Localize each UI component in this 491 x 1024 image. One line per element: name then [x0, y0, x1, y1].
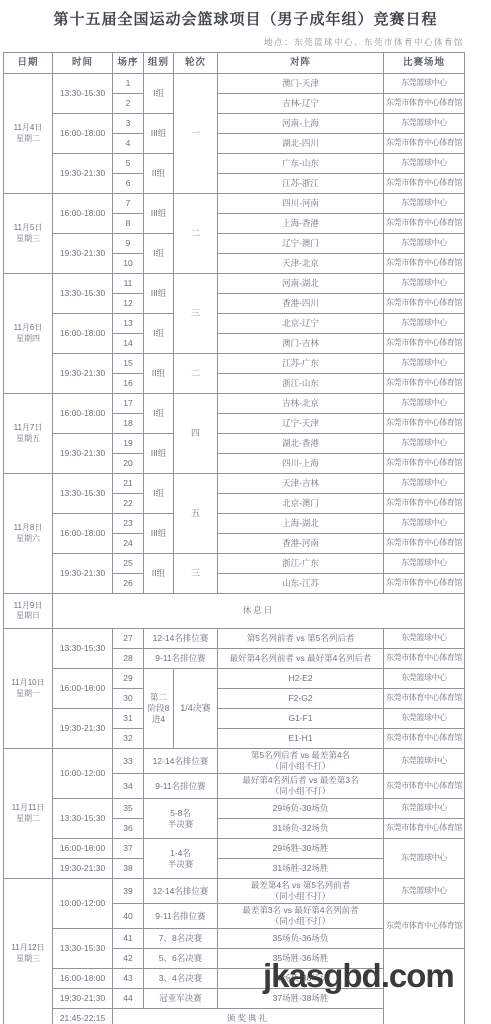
matchup-cell: 浙江-广东: [218, 554, 384, 574]
watermark-text: jkasgbd.com: [263, 957, 454, 995]
table-row: 19:30-21:3031G1-F1东莞篮球中心: [4, 709, 465, 729]
stage-cell: 5-8名 半决赛: [144, 799, 218, 839]
group-cell: 第二阶段8进4: [144, 669, 174, 749]
match-number-cell: 37: [113, 839, 144, 859]
venue-cell: 东莞篮球中心: [384, 234, 465, 254]
time-cell: 19:30-21:30: [53, 859, 113, 879]
matchup-cell: 最好第4名列后者 vs 最差第3名 （同小组不打）: [218, 774, 384, 799]
venue-cell: 东莞市体育中心体育馆: [384, 294, 465, 314]
table-row: 16:00-18:0013I组北京-辽宁东莞篮球中心: [4, 314, 465, 334]
match-number-cell: 7: [113, 194, 144, 214]
time-cell: 16:00-18:00: [53, 394, 113, 434]
match-number-cell: 36: [113, 819, 144, 839]
match-number-cell: 19: [113, 434, 144, 454]
match-number-cell: 10: [113, 254, 144, 274]
time-cell: 13:30-15:30: [53, 274, 113, 314]
matchup-cell: 辽宁-天津: [218, 414, 384, 434]
table-row: 11月11日 星期二10:00-12:003312-14名排位赛第5名列后者 v…: [4, 749, 465, 774]
event-cell: 休息日: [53, 594, 465, 629]
table-row: 11月12日 星期三10:00-12:003912-14名排位赛最差第4名 vs…: [4, 879, 465, 904]
matchup-cell: 湖北-四川: [218, 134, 384, 154]
group-cell: III组: [144, 194, 174, 234]
matchup-cell: 北京-辽宁: [218, 314, 384, 334]
column-header-6: 比赛场地: [384, 53, 465, 74]
venue-cell: 东莞篮球中心: [384, 394, 465, 414]
venue-cell: 东莞市体育中心体育馆: [384, 414, 465, 434]
matchup-cell: 河南-上海: [218, 114, 384, 134]
matchup-cell: 31场负-32场负: [218, 819, 384, 839]
matchup-cell: 浙江-山东: [218, 374, 384, 394]
match-number-cell: 41: [113, 929, 144, 949]
venue-cell: 东莞篮球中心: [384, 354, 465, 374]
venue-cell: 东莞市体育中心体育馆: [384, 94, 465, 114]
date-cell: 11月11日 星期二: [4, 749, 53, 879]
column-header-4: 轮次: [174, 53, 218, 74]
match-number-cell: 38: [113, 859, 144, 879]
time-cell: 16:00-18:00: [53, 839, 113, 859]
matchup-cell: 最好第4名列前者 vs 最好第4名列后者: [218, 649, 384, 669]
column-header-2: 场序: [113, 53, 144, 74]
time-cell: 19:30-21:30: [53, 234, 113, 274]
time-cell: 13:30-15:30: [53, 929, 113, 969]
matchup-cell: 江苏-浙江: [218, 174, 384, 194]
round-cell: 四: [174, 394, 218, 474]
round-cell: 二: [174, 354, 218, 394]
stage-cell: 9-11名排位赛: [144, 904, 218, 929]
match-number-cell: 4: [113, 134, 144, 154]
venue-cell: 东莞市体育中心体育馆: [384, 454, 465, 474]
table-row: 11月5日 星期三16:00-18:007III组二四川-河南东莞篮球中心: [4, 194, 465, 214]
event-cell: 颁奖典礼: [113, 1009, 384, 1024]
matchup-cell: 最差第4名 vs 第5名列前者 （同小组不打）: [218, 879, 384, 904]
round-cell: 三: [174, 554, 218, 594]
group-cell: I组: [144, 74, 174, 114]
table-row: 19:30-21:3015II组二江苏-广东东莞篮球中心: [4, 354, 465, 374]
matchup-cell: F2-G2: [218, 689, 384, 709]
venue-cell: 东莞市体育中心体育馆: [384, 254, 465, 274]
matchup-cell: 江苏-广东: [218, 354, 384, 374]
match-number-cell: 29: [113, 669, 144, 689]
table-row: 11月8日 星期六13:30-15:3021I组五天津-吉林东莞篮球中心: [4, 474, 465, 494]
time-cell: 19:30-21:30: [53, 554, 113, 594]
venue-cell: 东莞市体育中心体育馆: [384, 904, 465, 949]
venue-cell: 东莞市体育中心体育馆: [384, 494, 465, 514]
match-number-cell: 2: [113, 94, 144, 114]
venue-cell: 东莞篮球中心: [384, 839, 465, 879]
time-cell: 19:30-21:30: [53, 434, 113, 474]
page-title: 第十五届全国运动会篮球项目（男子成年组）竞赛日程: [0, 0, 491, 29]
date-cell: 11月10日 星期一: [4, 629, 53, 749]
venue-cell: 东莞市体育中心体育馆: [384, 334, 465, 354]
matchup-cell: 天津-吉林: [218, 474, 384, 494]
table-row: 13:30-15:30355-8名 半决赛29场负-30场负东莞篮球中心: [4, 799, 465, 819]
time-cell: 16:00-18:00: [53, 669, 113, 709]
match-number-cell: 39: [113, 879, 144, 904]
time-cell: 16:00-18:00: [53, 114, 113, 154]
match-number-cell: 13: [113, 314, 144, 334]
stage-cell: 9-11名排位赛: [144, 649, 218, 669]
venue-cell: 东莞篮球中心: [384, 114, 465, 134]
match-number-cell: 17: [113, 394, 144, 414]
match-number-cell: 26: [113, 574, 144, 594]
time-cell: 19:30-21:30: [53, 709, 113, 749]
venue-cell: 东莞市体育中心体育馆: [384, 689, 465, 709]
matchup-cell: 河南-湖北: [218, 274, 384, 294]
stage-cell: 9-11名排位赛: [144, 774, 218, 799]
venue-cell: 东莞篮球中心: [384, 314, 465, 334]
match-number-cell: 20: [113, 454, 144, 474]
time-cell: 21:45-22:15: [53, 1009, 113, 1024]
match-number-cell: 3: [113, 114, 144, 134]
date-cell: 11月12日 星期三: [4, 879, 53, 1024]
match-number-cell: 1: [113, 74, 144, 94]
matchup-cell: 31场胜-32场胜: [218, 859, 384, 879]
match-number-cell: 25: [113, 554, 144, 574]
matchup-cell: 澳门-天津: [218, 74, 384, 94]
table-header-row: 日期时间场序组别轮次对阵比赛场地: [4, 53, 465, 74]
group-cell: II组: [144, 554, 174, 594]
matchup-cell: 澳门-吉林: [218, 334, 384, 354]
match-number-cell: 22: [113, 494, 144, 514]
round-cell: 1/4决赛: [174, 669, 218, 749]
group-cell: II组: [144, 154, 174, 194]
group-cell: II组: [144, 354, 174, 394]
table-row: 日期时间场序组别轮次对阵比赛场地: [4, 53, 465, 74]
matchup-cell: 吉林-辽宁: [218, 94, 384, 114]
venue-cell: 东莞篮球中心: [384, 799, 465, 819]
venue-cell: 东莞篮球中心: [384, 749, 465, 774]
time-cell: 16:00-18:00: [53, 314, 113, 354]
date-cell: 11月8日 星期六: [4, 474, 53, 594]
time-cell: 16:00-18:00: [53, 514, 113, 554]
time-cell: 10:00-12:00: [53, 749, 113, 799]
stage-cell: 12-14名排位赛: [144, 879, 218, 904]
time-cell: 13:30-15:30: [53, 799, 113, 839]
match-number-cell: 24: [113, 534, 144, 554]
match-number-cell: 43: [113, 969, 144, 989]
venue-cell: 东莞市体育中心体育馆: [384, 214, 465, 234]
matchup-cell: 吉林-北京: [218, 394, 384, 414]
time-cell: 16:00-18:00: [53, 969, 113, 989]
matchup-cell: 第5名列后者 vs 最差第4名 （同小组不打）: [218, 749, 384, 774]
venue-cell: 东莞篮球中心: [384, 434, 465, 454]
venue-cell: 东莞市体育中心体育馆: [384, 574, 465, 594]
table-row: 19:30-21:309I组辽宁-澳门东莞篮球中心: [4, 234, 465, 254]
match-number-cell: 40: [113, 904, 144, 929]
match-number-cell: 8: [113, 214, 144, 234]
match-number-cell: 28: [113, 649, 144, 669]
time-cell: 13:30-15:30: [53, 629, 113, 669]
stage-cell: 3、4名决赛: [144, 969, 218, 989]
time-cell: 13:30-15:30: [53, 474, 113, 514]
time-cell: 10:00-12:00: [53, 879, 113, 929]
match-number-cell: 12: [113, 294, 144, 314]
matchup-cell: 湖北-香港: [218, 434, 384, 454]
matchup-cell: 最差第3名 vs 最好第4名列前者 （同小组不打）: [218, 904, 384, 929]
group-cell: I组: [144, 314, 174, 354]
matchup-cell: H2-E2: [218, 669, 384, 689]
time-cell: 19:30-21:30: [53, 354, 113, 394]
table-row: 19:30-21:305II组广东-山东东莞篮球中心: [4, 154, 465, 174]
column-header-5: 对阵: [218, 53, 384, 74]
stage-cell: 7、8名决赛: [144, 929, 218, 949]
stage-cell: 12-14名排位赛: [144, 629, 218, 649]
matchup-cell: G1-F1: [218, 709, 384, 729]
matchup-cell: 辽宁-澳门: [218, 234, 384, 254]
venue-cell: 东莞篮球中心: [384, 274, 465, 294]
table-row: 19:30-21:3019III组湖北-香港东莞篮球中心: [4, 434, 465, 454]
match-number-cell: 14: [113, 334, 144, 354]
match-number-cell: 16: [113, 374, 144, 394]
group-cell: III组: [144, 274, 174, 314]
venue-cell: 东莞市体育中心体育馆: [384, 534, 465, 554]
match-number-cell: 23: [113, 514, 144, 534]
venue-cell: 东莞篮球中心: [384, 154, 465, 174]
match-number-cell: 35: [113, 799, 144, 819]
venue-cell: 东莞市体育中心体育馆: [384, 374, 465, 394]
group-cell: III组: [144, 434, 174, 474]
matchup-cell: 北京-澳门: [218, 494, 384, 514]
date-cell: 11月4日 星期二: [4, 74, 53, 194]
round-cell: 三: [174, 274, 218, 354]
table-row: 16:00-18:0029第二阶段8进41/4决赛H2-E2东莞篮球中心: [4, 669, 465, 689]
location-note: 地点：东莞篮球中心、东莞市体育中心体育馆: [0, 36, 464, 48]
matchup-cell: 香港-四川: [218, 294, 384, 314]
schedule-document-page: 第十五届全国运动会篮球项目（男子成年组）竞赛日程 地点：东莞篮球中心、东莞市体育…: [0, 0, 491, 1024]
venue-cell: 东莞市体育中心体育馆: [384, 774, 465, 799]
stage-cell: 1-4名 半决赛: [144, 839, 218, 879]
matchup-cell: 上海-香港: [218, 214, 384, 234]
matchup-cell: 29场负-30场负: [218, 799, 384, 819]
time-cell: 19:30-21:30: [53, 989, 113, 1009]
date-cell: 11月7日 星期五: [4, 394, 53, 474]
round-cell: 二: [174, 194, 218, 274]
table-row: 11月10日 星期一13:30-15:302712-14名排位赛第5名列前者 v…: [4, 629, 465, 649]
matchup-cell: 四川-河南: [218, 194, 384, 214]
venue-cell: 东莞篮球中心: [384, 474, 465, 494]
matchup-cell: 35场负-36场负: [218, 929, 384, 949]
round-cell: 五: [174, 474, 218, 554]
group-cell: I组: [144, 394, 174, 434]
matchup-cell: 广东-山东: [218, 154, 384, 174]
matchup-cell: 山东-江苏: [218, 574, 384, 594]
table-row: 11月9日 星期日休息日: [4, 594, 465, 629]
match-number-cell: 32: [113, 729, 144, 749]
group-cell: I组: [144, 234, 174, 274]
schedule-table: 日期时间场序组别轮次对阵比赛场地 11月4日 星期二13:30-15:301I组…: [3, 52, 465, 1024]
table-row: 16:00-18:003III组河南-上海东莞篮球中心: [4, 114, 465, 134]
matchup-cell: 上海-湖北: [218, 514, 384, 534]
matchup-cell: 29场胜-30场胜: [218, 839, 384, 859]
match-number-cell: 33: [113, 749, 144, 774]
match-number-cell: 21: [113, 474, 144, 494]
venue-cell: 东莞篮球中心: [384, 669, 465, 689]
match-number-cell: 5: [113, 154, 144, 174]
venue-cell: 东莞篮球中心: [384, 514, 465, 534]
match-number-cell: 15: [113, 354, 144, 374]
stage-cell: 5、6名决赛: [144, 949, 218, 969]
match-number-cell: 18: [113, 414, 144, 434]
time-cell: 13:30-15:30: [53, 74, 113, 114]
venue-cell: 东莞篮球中心: [384, 879, 465, 904]
venue-cell: 东莞篮球中心: [384, 74, 465, 94]
column-header-1: 时间: [53, 53, 113, 74]
table-row: 16:00-18:00371-4名 半决赛29场胜-30场胜东莞篮球中心: [4, 839, 465, 859]
table-row: 11月4日 星期二13:30-15:301I组一澳门-天津东莞篮球中心: [4, 74, 465, 94]
match-number-cell: 42: [113, 949, 144, 969]
stage-cell: 冠亚军决赛: [144, 989, 218, 1009]
group-cell: I组: [144, 474, 174, 514]
date-cell: 11月5日 星期三: [4, 194, 53, 274]
time-cell: 16:00-18:00: [53, 194, 113, 234]
venue-cell: 东莞篮球中心: [384, 554, 465, 574]
matchup-cell: 四川-上海: [218, 454, 384, 474]
date-cell: 11月9日 星期日: [4, 594, 53, 629]
venue-cell: 东莞市体育中心体育馆: [384, 174, 465, 194]
round-cell: 一: [174, 74, 218, 194]
matchup-cell: 第5名列前者 vs 第5名列后者: [218, 629, 384, 649]
venue-cell: 东莞篮球中心: [384, 194, 465, 214]
match-number-cell: 31: [113, 709, 144, 729]
match-number-cell: 27: [113, 629, 144, 649]
time-cell: 19:30-21:30: [53, 154, 113, 194]
group-cell: III组: [144, 114, 174, 154]
match-number-cell: 44: [113, 989, 144, 1009]
match-number-cell: 6: [113, 174, 144, 194]
venue-cell: 东莞市体育中心体育馆: [384, 649, 465, 669]
schedule-table-body: 11月4日 星期二13:30-15:301I组一澳门-天津东莞篮球中心2吉林-辽…: [4, 74, 465, 1024]
venue-cell: 东莞市体育中心体育馆: [384, 134, 465, 154]
stage-cell: 12-14名排位赛: [144, 749, 218, 774]
matchup-cell: 天津-北京: [218, 254, 384, 274]
table-row: 11月6日 星期四13:30-15:3011III组三河南-湖北东莞篮球中心: [4, 274, 465, 294]
venue-cell: 东莞篮球中心: [384, 709, 465, 729]
date-cell: 11月6日 星期四: [4, 274, 53, 394]
venue-cell: 东莞市体育中心体育馆: [384, 819, 465, 839]
column-header-0: 日期: [4, 53, 53, 74]
venue-cell: 东莞篮球中心: [384, 629, 465, 649]
group-cell: III组: [144, 514, 174, 554]
matchup-cell: 香港-河南: [218, 534, 384, 554]
table-row: 11月7日 星期五16:00-18:0017I组四吉林-北京东莞篮球中心: [4, 394, 465, 414]
table-row: 16:00-18:0023III组上海-湖北东莞篮球中心: [4, 514, 465, 534]
venue-cell: 东莞市体育中心体育馆: [384, 729, 465, 749]
match-number-cell: 34: [113, 774, 144, 799]
match-number-cell: 11: [113, 274, 144, 294]
match-number-cell: 9: [113, 234, 144, 254]
matchup-cell: E1-H1: [218, 729, 384, 749]
column-header-3: 组别: [144, 53, 174, 74]
match-number-cell: 30: [113, 689, 144, 709]
table-row: 19:30-21:3025II组三浙江-广东东莞篮球中心: [4, 554, 465, 574]
